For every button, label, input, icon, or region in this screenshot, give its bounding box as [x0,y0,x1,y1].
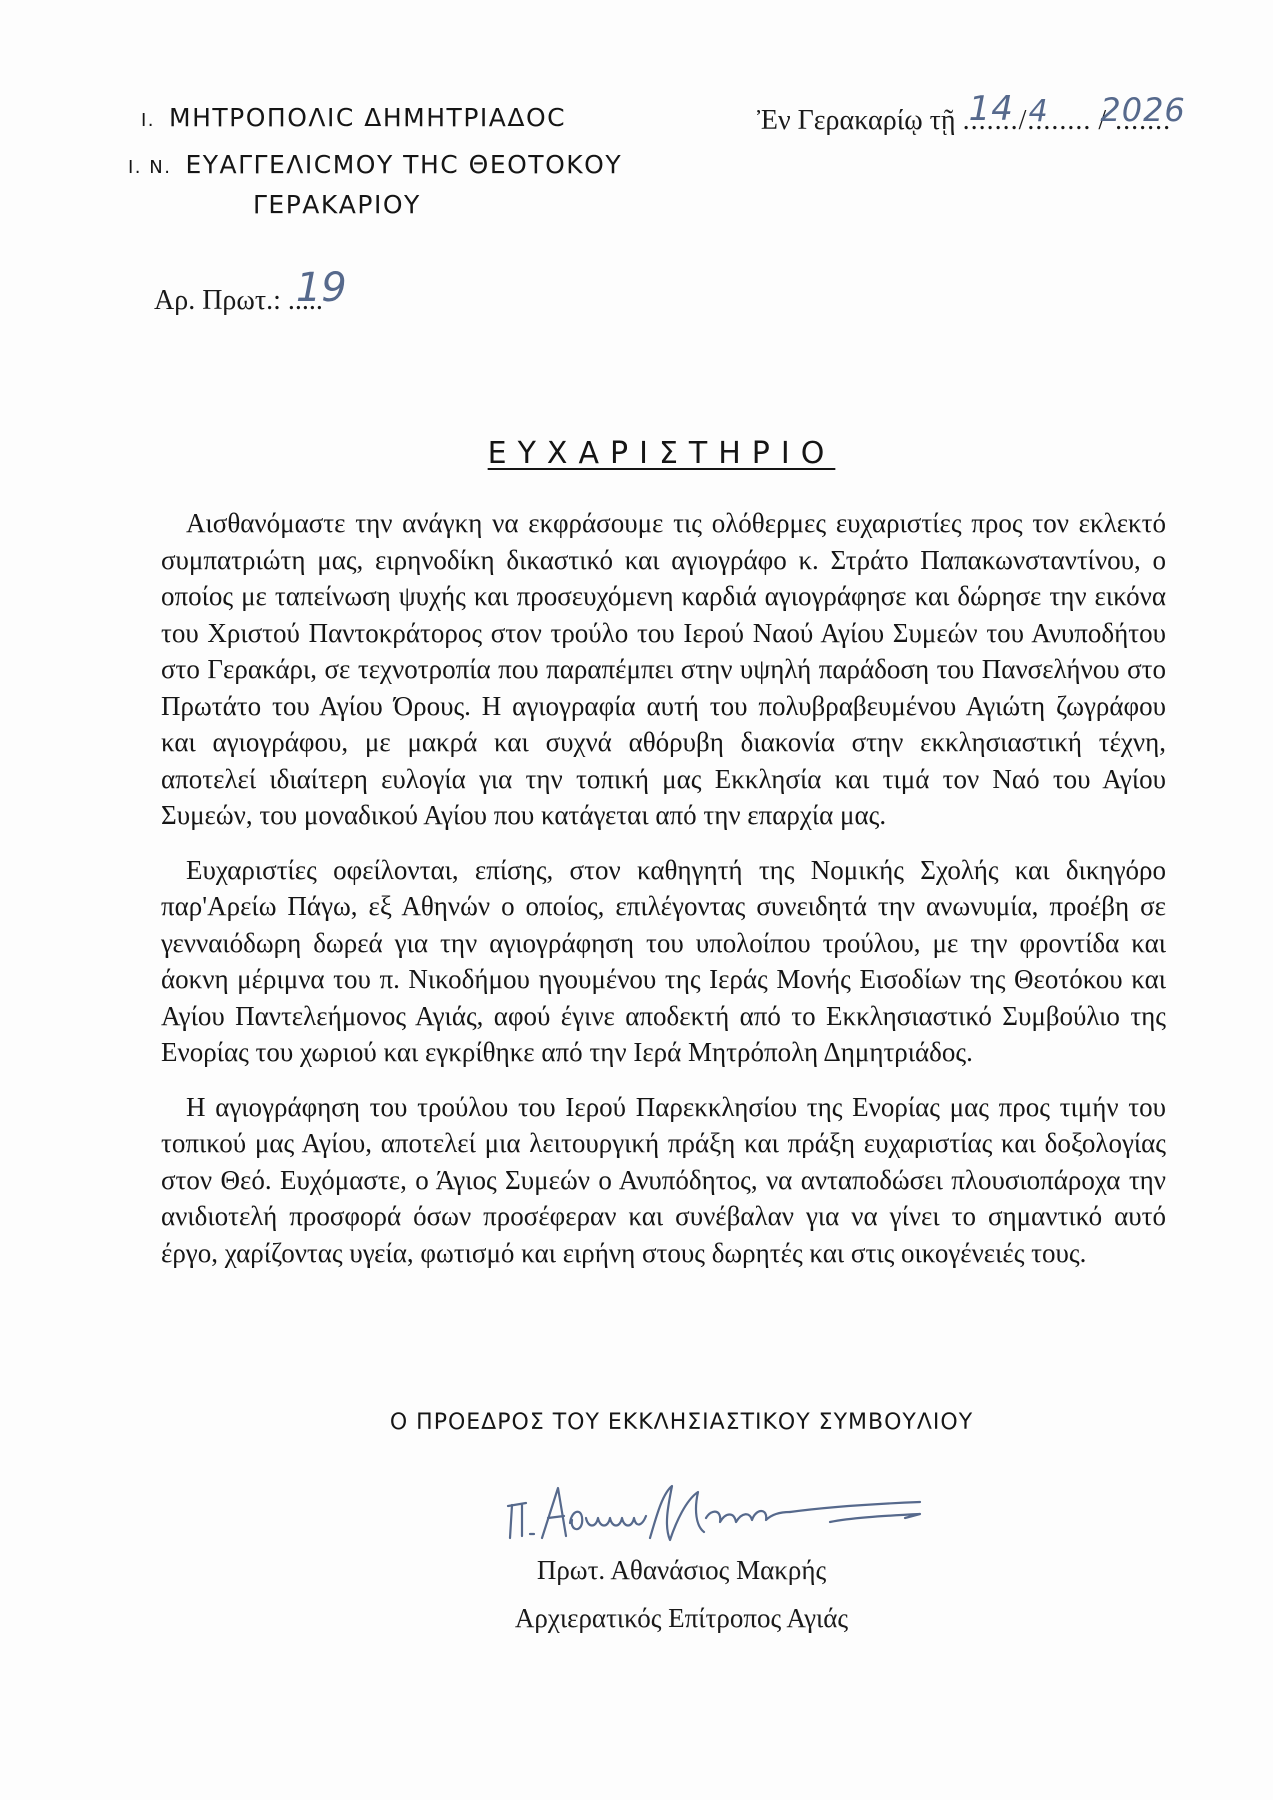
letter-body: Αισθανόμαστε την ανάγκη να εκφράσουμε τι… [161,505,1166,1289]
protocol-field: ..... 19 [288,285,323,317]
protocol-label: Αρ. Πρωτ.: [154,285,281,316]
date-line: Ἐν Γερακαρίῳ τῇ ....... 14 /........ 4 /… [757,105,1171,137]
document-title-text: ΕΥΧΑΡΙΣΤΗΡΙΟ [488,436,836,471]
header-parish: Ι. Ν.ΕΥΑΓΓΕΛΙCΜΟΥ ΤΗC ΘΕΟΤΟΚΟΥ [128,150,622,179]
paragraph: Αισθανόμαστε την ανάγκη να εκφράσουμε τι… [161,505,1166,834]
header-line1: ΜΗΤΡΟΠΟΛΙC ΔΗΜΗΤΡΙΑΔΟC [169,103,566,132]
header-line1-prefix: Ι. [141,110,155,131]
letter-page: Ι.ΜΗΤΡΟΠΟΛΙC ΔΗΜΗΤΡΙΑΔΟC Ι. Ν.ΕΥΑΓΓΕΛΙCΜ… [0,0,1273,1800]
signer-role: Αρχιερατικός Επίτροπος Αγιάς [0,1603,1273,1634]
paragraph: Ευχαριστίες οφείλονται, επίσης, στον καθ… [161,852,1166,1071]
header-line2: ΕΥΑΓΓΕΛΙCΜΟΥ ΤΗC ΘΕΟΤΟΚΟΥ [185,150,622,179]
protocol-handwritten-number: 19 [296,265,347,311]
paragraph: Η αγιογράφηση του τρούλου του Ιερού Παρε… [161,1089,1166,1272]
signer-name: Πρωτ. Αθανάσιος Μακρής [0,1555,1273,1586]
document-title: ΕΥΧΑΡΙΣΤΗΡΙΟ [0,436,1273,471]
signature-title: Ο ΠΡΟΕΔΡΟΣ ΤΟΥ ΕΚΚΛΗΣΙΑΣΤΙΚΟΥ ΣΥΜΒΟΥΛΙΟΥ [0,1410,1273,1435]
date-month-handwritten: 4 [1029,94,1049,129]
signature-scribble-icon [500,1478,960,1548]
date-day-field: ....... 14 [963,105,1019,137]
date-label: Ἐν Γερακαρίῳ τῇ [757,105,956,136]
handwritten-signature [500,1478,960,1548]
header-village: ΓΕΡΑΚΑΡΙΟΥ [253,190,421,219]
header-line2-prefix: Ι. Ν. [128,157,171,178]
header-line3: ΓΕΡΑΚΑΡΙΟΥ [253,190,421,219]
date-year-handwritten: 2026 [1100,91,1185,129]
date-day-handwritten: 14 [969,89,1014,129]
date-year-field: / ....... 2026 [1098,105,1171,137]
header-metropolis: Ι.ΜΗΤΡΟΠΟΛΙC ΔΗΜΗΤΡΙΑΔΟC [141,103,566,132]
protocol-number: Αρ. Πρωτ.: ..... 19 [154,285,323,317]
date-month-field: /........ 4 [1019,105,1092,137]
